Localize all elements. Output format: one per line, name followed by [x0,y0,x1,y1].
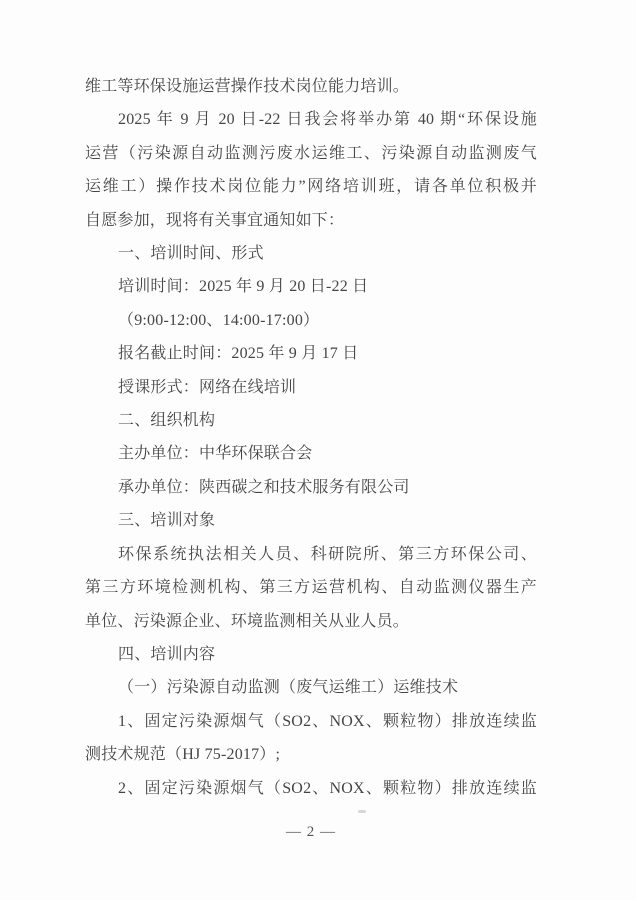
text-line: 环保系统执法相关人员、科研院所、第三方环保公司、 [85,538,537,571]
text-line: 单位、污染源企业、环境监测相关从业人员。 [85,605,537,638]
document-content: 维工等环保设施运营操作技术岗位能力培训。 2025 年 9 月 20 日-22 … [85,70,537,843]
text-line: 承办单位：陕西碳之和技术服务有限公司 [85,471,537,504]
text-line: 2、固定污染源烟气（SO2、NOX、颗粒物）排放连续监 [85,772,537,805]
text-line: 2025 年 9 月 20 日-22 日我会将举办第 40 期“环保设施 [85,103,537,136]
section-heading: 二、组织机构 [85,404,537,437]
text-line: 1、固定污染源烟气（SO2、NOX、颗粒物）排放连续监 [85,705,537,738]
text-line: （9:00-12:00、14:00-17:00） [85,304,537,337]
document-page: 维工等环保设施运营操作技术岗位能力培训。 2025 年 9 月 20 日-22 … [0,0,636,900]
text-line: 报名截止时间：2025 年 9 月 17 日 [85,337,537,370]
section-heading: 一、培训时间、形式 [85,237,537,270]
text-line: 主办单位：中华环保联合会 [85,437,537,470]
text-line: 培训时间：2025 年 9 月 20 日-22 日 [85,270,537,303]
text-line: 测技术规范（HJ 75-2017）; [85,738,537,771]
text-line: 运营（污染源自动监测污废水运维工、污染源自动监测废气 [85,137,537,170]
text-line: （一）污染源自动监测（废气运维工）运维技术 [85,671,537,704]
text-line: 运维工）操作技术岗位能力”网络培训班，请各单位积极并 [85,170,537,203]
page-number: — 2 — [85,821,537,843]
section-heading: 四、培训内容 [85,638,537,671]
text-line: 自愿参加，现将有关事宜通知如下： [85,204,537,237]
scan-artifact [358,810,366,813]
text-line: 第三方环境检测机构、第三方运营机构、自动监测仪器生产 [85,571,537,604]
text-line: 授课形式：网络在线培训 [85,371,537,404]
text-line: 维工等环保设施运营操作技术岗位能力培训。 [85,70,537,103]
section-heading: 三、培训对象 [85,504,537,537]
